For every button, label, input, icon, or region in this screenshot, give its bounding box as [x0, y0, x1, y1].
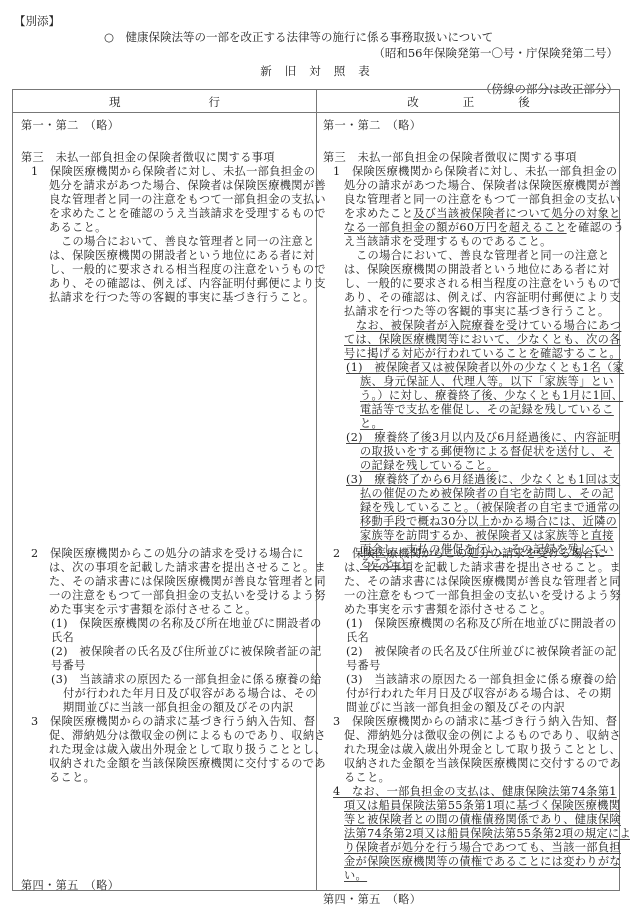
item1-line: は、保険医療機関の開設者という地位にある者に対 — [344, 263, 609, 277]
item1-line: 良な管理者と同一の注意をもつて一部負担金の支払い — [344, 193, 621, 207]
item2-line: た、その請求書には保険医療機関が善良な管理者と同 — [49, 575, 326, 589]
addendum-line: の取扱いをする郵便物による督促状を送付し、そ — [360, 445, 614, 459]
header-char: 行 — [209, 94, 221, 110]
item1-line: 払請求を行つた等の客観的事実に基づき行うこと。 — [49, 291, 314, 305]
item2-line: は、次の事項を記載した請求書を提出させること。ま — [344, 561, 621, 575]
text-unchanged: を確認のう — [567, 221, 625, 234]
item4-line: 金が保険医療機関等の債権であることには変わりがな — [344, 855, 621, 869]
addendum-line: と。 — [360, 417, 383, 431]
addendum-line: (2) 療養終了後3月以内及び6月経過後に、内容証明 — [346, 431, 620, 445]
section-1-2: 第一・第二 （略） — [323, 119, 421, 133]
addendum-line: う。）に対し、療養終了後、少なくとも1月に1回、 — [360, 389, 623, 403]
item2-line: た、その請求書には保険医療機関が善良な管理者と同 — [344, 575, 621, 589]
item3-line: 促、滞納処分は徴収金の例によるものであり、収納さ — [49, 729, 326, 743]
header-char: 現 — [109, 94, 121, 110]
item2-line: 2 保険医療機関からこの処分の請求を受ける場合に — [333, 547, 606, 561]
attachment-label: 【別添】 — [14, 13, 60, 29]
item1-line: 1 保険医療機関から保険者に対し、未払一部負担金の — [31, 165, 315, 179]
item4-line: 4 なお、一部負担金の支払は、健康保険法第74条第1 — [333, 785, 617, 799]
section-1-2: 第一・第二 （略） — [21, 119, 119, 133]
item2-line: (1) 保険医療機関の名称及び所在地並びに開設者の — [346, 617, 617, 631]
section-3-title: 第三 未払一部負担金の保険者徴収に関する事項 — [323, 151, 577, 165]
reference-number: （昭和56年保険発第一〇号・庁保険発第二号） — [373, 45, 618, 61]
header-char: 改 — [407, 94, 419, 110]
item2-line: 2 保険医療機関からこの処分の請求を受ける場合に — [31, 547, 304, 561]
item2-line: 間並びに当該一部負担金の額及びその内訳 — [346, 701, 565, 715]
item1-line: 払請求を行つた等の客観的事実に基づき行うこと。 — [344, 305, 609, 319]
item1-line: 処分を請求があつた場合、保険者は保険医療機関が善 — [49, 179, 326, 193]
current-column: 第一・第二 （略） 第三 未払一部負担金の保険者徴収に関する事項 1 保険医療機… — [13, 113, 316, 890]
item4-line: 項又は船員保険法第55条第1項に基づく保険医療機関 — [344, 799, 620, 813]
addendum-line: 録を残していること。（被保険者の自宅まで通常の — [360, 501, 620, 515]
item1-line: し、一般的に要求される相当程度の注意をいうもので — [344, 277, 621, 291]
item4-line: 法第74条第2項又は船員保険法第55条第2項の規定によ — [344, 827, 630, 841]
comparison-table: 現 行 改 正 後 第一・第二 （略） 第三 未払一部負担金の保険者徴収に関する… — [12, 89, 620, 891]
revised-column: 第一・第二 （略） 第三 未払一部負担金の保険者徴収に関する事項 1 保険医療機… — [317, 113, 620, 890]
item2-line: (3) 当該請求の原因たる一部負担金に係る療養の給 — [346, 673, 617, 687]
addendum-line: 号に掲げる対応が行われていることを確認すること。 — [344, 347, 621, 361]
item2-line: (3) 当該請求の原因たる一部負担金に係る療養の給 — [51, 673, 322, 687]
addendum-line: (3) 療養終了から6月経過後に、少なくとも1回は支 — [346, 473, 620, 487]
section-3-title: 第三 未払一部負担金の保険者徴収に関する事項 — [21, 151, 275, 165]
item2-line: (1) 保険医療機関の名称及び所在地並びに開設者の — [51, 617, 322, 631]
addendum-line: (1) 被保険者又は被保険者以外の少なくとも1名（家 — [346, 361, 624, 375]
item4-line: い。 — [344, 869, 367, 883]
item1-line: し、一般的に要求される相当程度の注意をいうもので — [49, 263, 326, 277]
item2-line: 号番号 — [51, 659, 86, 673]
header-char: 正 — [463, 94, 475, 110]
addendum-line: の記録を残していること。 — [360, 459, 498, 473]
table-title: 新旧対照表 — [0, 63, 630, 79]
item3-line: れた現金は歳入歳出外現金として取り扱うこととし、 — [344, 743, 621, 757]
item2-line: 付が行われた年月日及び収容がある場合は、その期 — [346, 687, 611, 701]
column-header-revised: 改 正 後 — [317, 94, 620, 110]
item3-line: 収納された金額を当該保険医療機関に交付するのであ — [344, 757, 621, 771]
addendum-line: 家族等を訪問するか、被保険者又は家族等と直接 — [360, 529, 614, 543]
item2-line: 期間並びに当該一部負担金の額及びその内訳 — [63, 701, 294, 715]
item4-line: り保険者が処分を行う場合であつても、当該一部負担 — [344, 841, 621, 855]
item2-line: 一の注意をもつて一部負担金の支払いを受けるよう努 — [49, 589, 326, 603]
item1-line: 良な管理者と同一の注意をもつて一部負担金の支払い — [49, 193, 326, 207]
item3-line: ること。 — [49, 771, 95, 785]
header-char: 後 — [518, 94, 530, 110]
item3-line: れた現金は歳入歳出外現金として取り扱うこととし、 — [49, 743, 326, 757]
item2-line: は、次の事項を記載した請求書を提出させること。ま — [49, 561, 326, 575]
item2-line: (2) 被保険者の氏名及び住所並びに被保険者証の記 — [51, 645, 322, 659]
item2-line: めた事実を示す書類を添付させること。 — [344, 603, 552, 617]
item1-line: は、保険医療機関の開設者という地位にある者に対 — [49, 249, 314, 263]
item3-line: 3 保険医療機関からの請求に基づき行う納入告知、督 — [31, 715, 315, 729]
item1-line: を求めたことを確認のうえ当該請求を受理するもので — [49, 207, 326, 221]
addendum-line: 払の催促のため被保険者の自宅を訪問し、その記 — [360, 487, 614, 501]
item3-line: ること。 — [344, 771, 390, 785]
item3-line: 収納された金額を当該保険医療機関に交付するのであ — [49, 757, 326, 771]
item1-line: あること。 — [49, 221, 107, 235]
item2-line: (2) 被保険者の氏名及び住所並びに被保険者証の記 — [346, 645, 617, 659]
item2-line: 一の注意をもつて一部負担金の支払いを受けるよう努 — [344, 589, 621, 603]
item1-line: この場合において、善良な管理者と同一の注意と — [61, 235, 315, 249]
addendum-line: 電話等で支払を催促し、その記録を残しているこ — [360, 403, 614, 417]
item1-line: え当該請求を受理するものであること。 — [344, 235, 552, 249]
item2-line: 付が行われた年月日及び収容がある場合は、その — [63, 687, 317, 701]
column-header-current: 現 行 — [13, 94, 316, 110]
document-title: ○ 健康保険法等の一部を改正する法律等の施行に係る事務取扱いについて — [104, 29, 493, 45]
item2-line: 氏名 — [51, 631, 74, 645]
item2-line: めた事実を示す書類を添付させること。 — [49, 603, 257, 617]
item1-line: を求めたこと及び当該被保険者について処分の対象と — [344, 207, 621, 221]
item1-line: 処分の請求があつた場合、保険者は保険医療機関が善 — [344, 179, 621, 193]
item1-line: あり、その確認は、例えば、内容証明付郵便により支 — [49, 277, 326, 291]
addendum-line: なお、被保険者が入院療養を受けている場合にあつ — [356, 319, 621, 333]
item2-line: 号番号 — [346, 659, 381, 673]
section-4-5: 第四・第五 （略） — [323, 893, 421, 907]
item1-line: なる一部負担金の額が60万円を超えることを確認のう — [344, 221, 624, 235]
item3-line: 3 保険医療機関からの請求に基づき行う納入告知、督 — [333, 715, 617, 729]
item1-line: この場合において、善良な管理者と同一の注意と — [356, 249, 610, 263]
addendum-line: ては、保険医療機関等において、少なくとも、次の各 — [344, 333, 621, 347]
item3-line: 促、滞納処分は徴収金の例によるものであり、収納さ — [344, 729, 621, 743]
text-amended: 及び当該被保険者について処分の対象と — [413, 207, 620, 220]
item2-line: 氏名 — [346, 631, 369, 645]
section-4-5: 第四・第五 （略） — [21, 879, 119, 893]
item1-line: 1 保険医療機関から保険者に対し、未払一部負担金の — [333, 165, 617, 179]
addendum-line: 族、身元保証人、代理人等。以下「家族等」とい — [360, 375, 614, 389]
text-unchanged: を求めたこと — [344, 207, 413, 220]
item4-line: 等と被保険者との間の債権債務関係であり、健康保険 — [344, 813, 621, 827]
text-amended: なる一部負担金の額が60万円を超えること — [344, 221, 567, 234]
addendum-line: 移動手段で概ね30分以上かかる場合には、近隣の — [360, 515, 617, 529]
item1-line: あり、その確認は、例えば、内容証明付郵便により支 — [344, 291, 621, 305]
